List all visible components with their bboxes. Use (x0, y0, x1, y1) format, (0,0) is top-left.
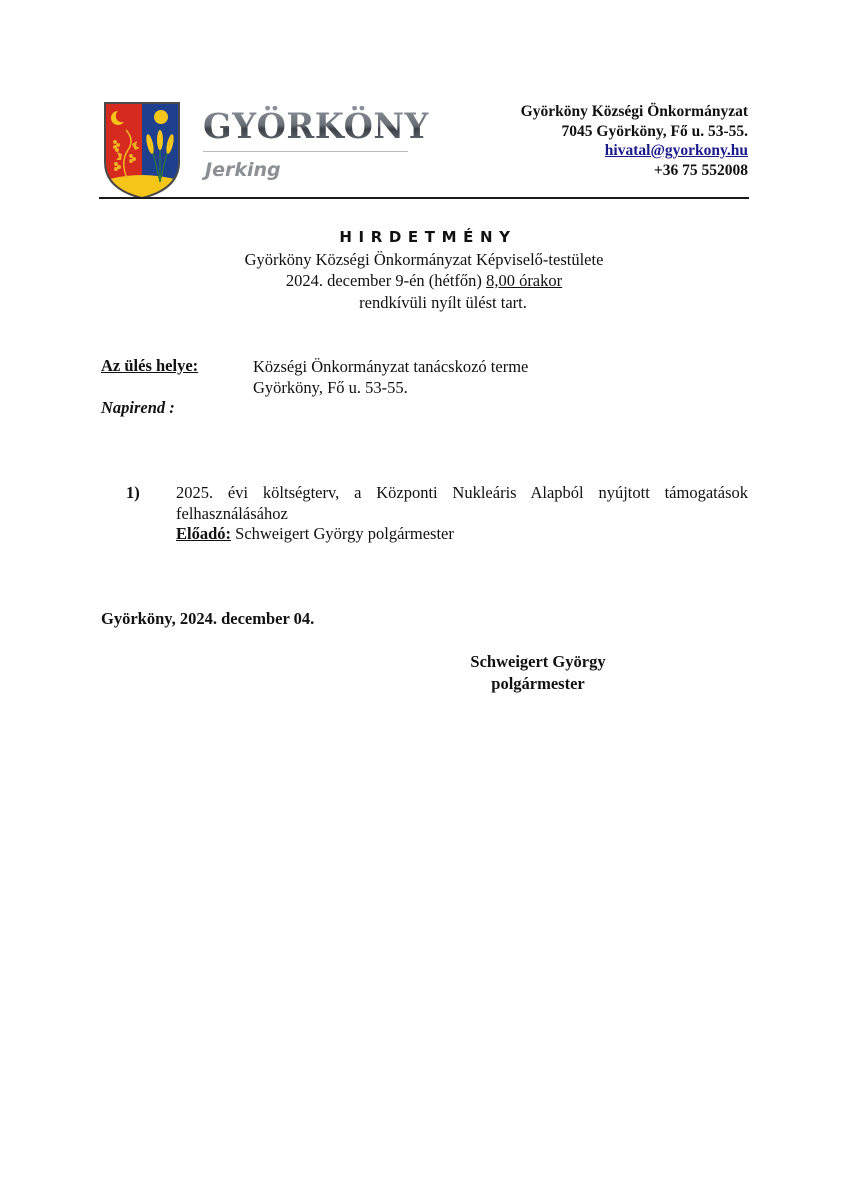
brand-name: GYÖRKÖNY (203, 106, 429, 148)
notice-body-owner: Györköny Községi Önkormányzat Képviselő-… (0, 249, 848, 270)
header-divider (99, 197, 749, 199)
notice-title: HIRDETMÉNY (0, 228, 848, 246)
signature-block: Schweigert György polgármester (438, 651, 638, 694)
email-link[interactable]: hivatal@gyorkony.hu (605, 142, 748, 159)
signer-title: polgármester (438, 673, 638, 695)
meeting-place-line2: Györköny, Fő u. 53-55. (253, 377, 528, 398)
agenda-item-presenter: Előadó: Schweigert György polgármester (176, 524, 748, 545)
notice-datetime: 2024. december 9-én (hétfőn) 8,00 órakor (0, 270, 848, 291)
agenda-item-title-line2: felhasználásához (176, 504, 748, 525)
presenter-name: Schweigert György polgármester (235, 524, 454, 543)
organization-name: Györköny Községi Önkormányzat (521, 102, 748, 122)
meeting-place: Községi Önkormányzat tanácskozó terme Gy… (253, 356, 528, 398)
agenda-item: 2025. évi költségterv, a Központi Nukleá… (176, 483, 748, 545)
brand-subtitle: Jerking (205, 158, 281, 182)
organization-contact-block: Györköny Községi Önkormányzat 7045 Györk… (521, 102, 748, 180)
brand-divider (203, 151, 408, 152)
notice-description: rendkívüli nyílt ülést tart. (0, 292, 848, 313)
notice-date: 2024. december 9-én (hétfőn) (286, 271, 482, 290)
agenda-item-title-line1: 2025. évi költségterv, a Központi Nukleá… (176, 483, 748, 504)
coat-of-arms-icon (102, 100, 182, 200)
meeting-place-label: Az ülés helye: (101, 356, 198, 376)
notice-time: 8,00 órakor (486, 271, 562, 290)
presenter-label: Előadó: (176, 524, 231, 543)
organization-address: 7045 Györköny, Fő u. 53-55. (521, 122, 748, 142)
agenda-item-number: 1) (126, 483, 140, 503)
phone-number: +36 75 552008 (521, 161, 748, 181)
signer-name: Schweigert György (438, 651, 638, 673)
agenda-label: Napirend : (101, 398, 175, 418)
meeting-place-line1: Községi Önkormányzat tanácskozó terme (253, 356, 528, 377)
place-and-date: Györköny, 2024. december 04. (101, 609, 314, 629)
